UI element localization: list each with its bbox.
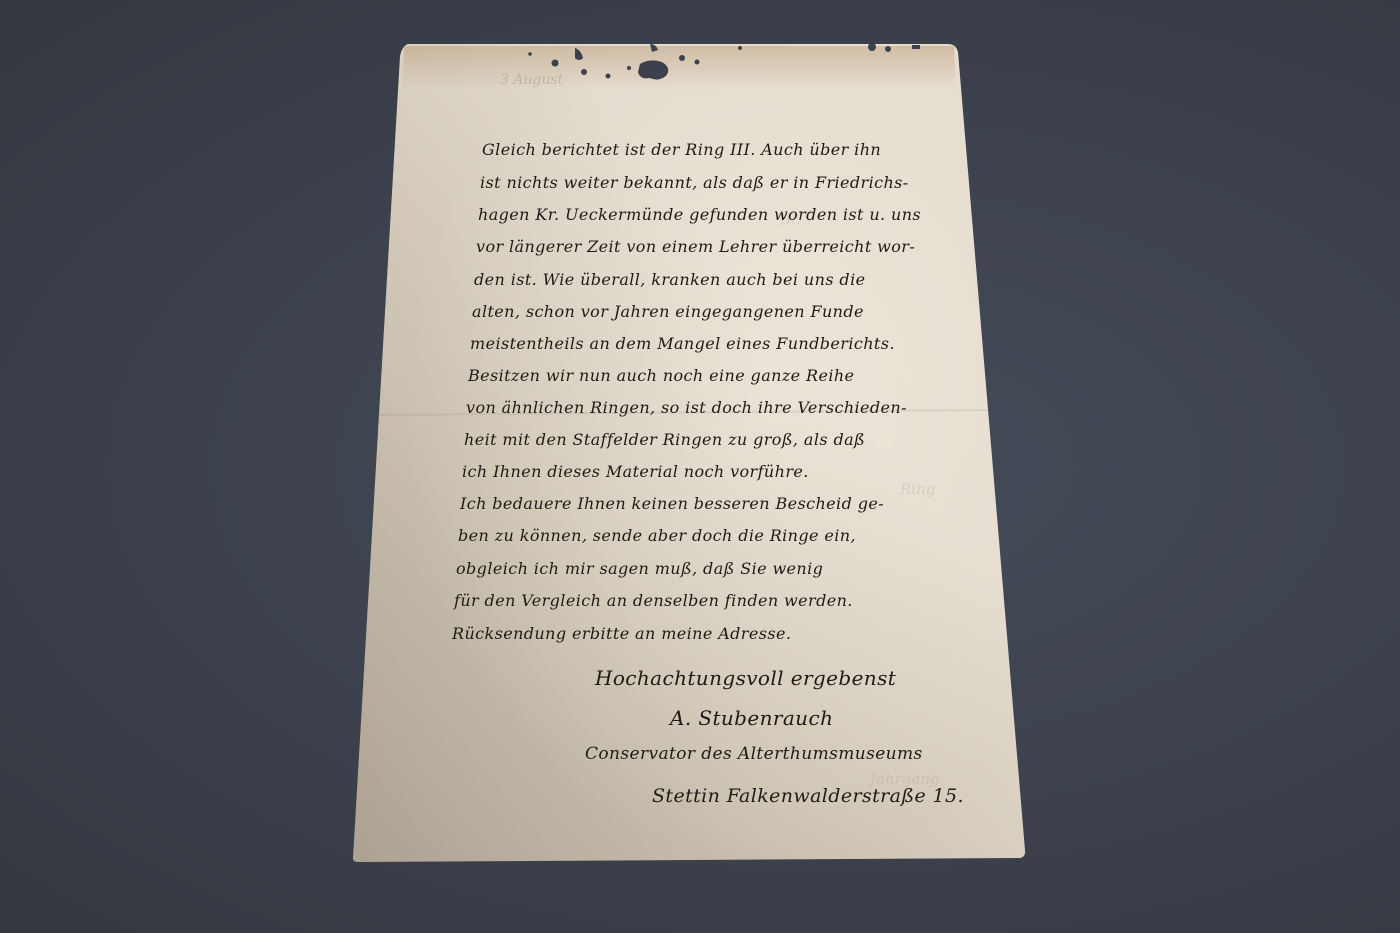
letter-line: meistentheils an dem Mangel eines Fundbe… [470,334,895,353]
closing-formula: Hochachtungsvoll ergebenst [595,666,896,690]
letter-line: heit mit den Staffelder Ringen zu groß, … [464,430,865,449]
letter-line: ich Ihnen dieses Material noch vorführe. [462,462,809,481]
letter-line: hagen Kr. Ueckermünde gefunden worden is… [478,205,921,224]
letter-line: den ist. Wie überall, kranken auch bei u… [474,270,865,289]
signature: A. Stubenrauch [670,706,833,730]
letter-line: für den Vergleich an denselben finden we… [454,591,853,610]
letter-line: Besitzen wir nun auch noch eine ganze Re… [468,366,854,385]
letter-line: von ähnlichen Ringen, so ist doch ihre V… [466,398,907,417]
faint-date-annotation: 3 August [500,72,563,88]
signatory-title: Conservator des Alterthumsmuseums [585,744,923,764]
letter-line: Ich bedauere Ihnen keinen besseren Besch… [460,494,884,513]
bleed-through-text: Ring [900,480,935,498]
letter-line: alten, schon vor Jahren eingegangenen Fu… [472,302,864,321]
letter-line: ben zu können, sende aber doch die Ringe… [458,526,856,545]
signatory-address: Stettin Falkenwalderstraße 15. [652,785,964,807]
letter-line: Rücksendung erbitte an meine Adresse. [452,624,791,643]
letter-line: obgleich ich mir sagen muß, daß Sie weni… [456,559,823,578]
photo-stage: 3 August Bl. 7 Ring Jahrgang Gleich beri… [0,0,1400,933]
letter-line: vor längerer Zeit von einem Lehrer überr… [476,237,915,256]
letter-line: ist nichts weiter bekannt, als daß er in… [480,173,909,192]
letter-line: Gleich berichtet ist der Ring III. Auch … [482,140,881,159]
